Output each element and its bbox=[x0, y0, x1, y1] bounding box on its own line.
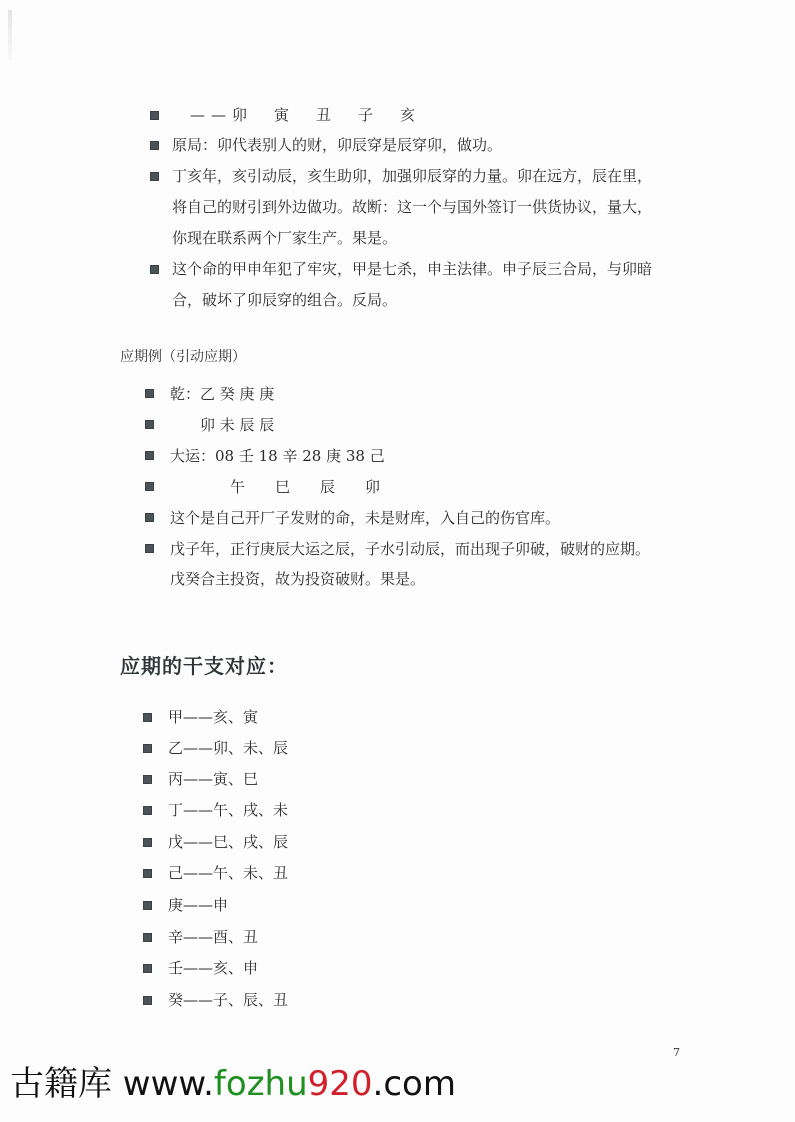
bullet-square-icon bbox=[150, 111, 159, 120]
dash: —— bbox=[183, 959, 213, 977]
page-number: 7 bbox=[673, 1046, 680, 1059]
list-item: 大运：08 壬 18 辛 28 庚 38 己 bbox=[170, 442, 385, 470]
branches: 午、未、丑 bbox=[213, 864, 288, 882]
stem: 己 bbox=[168, 864, 183, 882]
bullet-square-icon bbox=[145, 389, 154, 398]
dash: —— bbox=[183, 928, 213, 946]
bullet-square-icon bbox=[143, 713, 152, 722]
list-item-text: 将自己的财引到外边做功。故断：这一个与国外签订一供货协议，量大， bbox=[172, 193, 652, 221]
stem: 乙 bbox=[168, 739, 183, 757]
branches: 巳、戌、辰 bbox=[213, 833, 288, 851]
bullet-square-icon bbox=[143, 964, 152, 973]
watermark-suffix: .com bbox=[373, 1064, 456, 1104]
dash: —— bbox=[183, 991, 213, 1009]
stem: 丙 bbox=[168, 770, 183, 788]
list-item-text: 原局：卯代表别人的财，卯辰穿是辰穿卯，做功。 bbox=[172, 136, 502, 154]
list-item-text: 合，破坏了卯辰穿的组合。反局。 bbox=[172, 286, 652, 314]
list-item: 戊子年，正行庚辰大运之辰，子水引动辰，而出现子卯破，破财的应期。 戊癸合主投资，… bbox=[170, 535, 650, 593]
branches: 寅、巳 bbox=[213, 770, 258, 788]
branch-row-text: ——卯 寅 丑 子 亥 bbox=[190, 106, 421, 124]
dash: —— bbox=[183, 739, 213, 757]
bullet-square-icon bbox=[145, 451, 154, 460]
list-item: 卯 未 辰 辰 bbox=[170, 411, 274, 439]
watermark-green: fozhu bbox=[214, 1064, 308, 1104]
stem: 壬 bbox=[168, 959, 183, 977]
bullet-square-icon bbox=[143, 775, 152, 784]
list-item: 庚——申 bbox=[168, 891, 228, 919]
bullet-square-icon bbox=[143, 996, 152, 1005]
stem: 辛 bbox=[168, 928, 183, 946]
list-item-text: 这个是自己开厂子发财的命，未是财库，入自己的伤官库。 bbox=[170, 509, 560, 527]
branches: 亥、申 bbox=[213, 959, 258, 977]
stem: 癸 bbox=[168, 991, 183, 1009]
dash: —— bbox=[183, 833, 213, 851]
bullet-square-icon bbox=[143, 901, 152, 910]
bullet-square-icon bbox=[145, 420, 154, 429]
list-item: 甲——亥、寅 bbox=[168, 703, 258, 731]
list-item: 癸——子、辰、丑 bbox=[168, 986, 288, 1014]
watermark-prefix: 古籍库 www. bbox=[10, 1064, 214, 1104]
bullet-square-icon bbox=[150, 141, 159, 150]
bullet-square-icon bbox=[143, 838, 152, 847]
bullet-square-icon bbox=[150, 265, 159, 274]
stem: 戊 bbox=[168, 833, 183, 851]
list-item: 丙——寅、巳 bbox=[168, 765, 258, 793]
branches: 酉、丑 bbox=[213, 928, 258, 946]
bullet-square-icon bbox=[143, 806, 152, 815]
list-item-text: 戊癸合主投资，故为投资破财。果是。 bbox=[170, 565, 650, 593]
list-item: 丁——午、戌、未 bbox=[168, 796, 288, 824]
list-item: 辛——酉、丑 bbox=[168, 923, 258, 951]
watermark: 古籍库 www.fozhu920.com bbox=[10, 1062, 456, 1106]
list-item: 乙——卯、未、辰 bbox=[168, 734, 288, 762]
list-item: 这个命的甲申年犯了牢灾，甲是七杀，申主法律。申子辰三合局，与卯暗 合，破坏了卯辰… bbox=[172, 255, 652, 314]
list-item-text: 你现在联系两个厂家生产。果是。 bbox=[172, 224, 652, 252]
list-item-text: 戊子年，正行庚辰大运之辰，子水引动辰，而出现子卯破，破财的应期。 bbox=[170, 535, 650, 563]
branches: 申 bbox=[213, 896, 228, 914]
bullet-square-icon bbox=[143, 744, 152, 753]
branches: 午、戌、未 bbox=[213, 801, 288, 819]
bullet-square-icon bbox=[143, 869, 152, 878]
chart-branches: 卯 未 辰 辰 bbox=[170, 416, 274, 434]
dash: —— bbox=[183, 864, 213, 882]
stem: 丁 bbox=[168, 801, 183, 819]
branches: 子、辰、丑 bbox=[213, 991, 288, 1009]
list-item: ——卯 寅 丑 子 亥 bbox=[190, 101, 421, 129]
bullet-square-icon bbox=[145, 513, 154, 522]
bullet-square-icon bbox=[143, 933, 152, 942]
stem: 甲 bbox=[168, 708, 183, 726]
list-item: 乾：乙 癸 庚 庚 bbox=[170, 380, 274, 408]
dash: —— bbox=[183, 770, 213, 788]
list-item: 戊——巳、戌、辰 bbox=[168, 828, 288, 856]
stem: 庚 bbox=[168, 896, 183, 914]
list-item: 原局：卯代表别人的财，卯辰穿是辰穿卯，做功。 bbox=[172, 131, 502, 159]
luck-pillars: 大运：08 壬 18 辛 28 庚 38 己 bbox=[170, 447, 385, 465]
document-page: ——卯 寅 丑 子 亥 原局：卯代表别人的财，卯辰穿是辰穿卯，做功。 丁亥年，亥… bbox=[0, 0, 795, 1122]
bullet-square-icon bbox=[145, 544, 154, 553]
list-item: 壬——亥、申 bbox=[168, 954, 258, 982]
bullet-square-icon bbox=[150, 172, 159, 181]
correspondence-heading: 应期的干支对应： bbox=[120, 650, 288, 679]
branches: 亥、寅 bbox=[213, 708, 258, 726]
list-item-text: 丁亥年，亥引动辰，亥生助卯，加强卯辰穿的力量。卯在远方，辰在里， bbox=[172, 162, 652, 190]
list-item: 这个是自己开厂子发财的命，未是财库，入自己的伤官库。 bbox=[170, 504, 560, 532]
branches: 卯、未、辰 bbox=[213, 739, 288, 757]
example-heading: 应期例（引动应期） bbox=[120, 346, 246, 366]
dash: —— bbox=[183, 708, 213, 726]
list-item-text: 这个命的甲申年犯了牢灾，甲是七杀，申主法律。申子辰三合局，与卯暗 bbox=[172, 255, 652, 283]
list-item: 午 巳 辰 卯 bbox=[170, 473, 380, 501]
list-item: 丁亥年，亥引动辰，亥生助卯，加强卯辰穿的力量。卯在远方，辰在里， 将自己的财引到… bbox=[172, 162, 652, 252]
bullet-square-icon bbox=[145, 482, 154, 491]
watermark-red: 920 bbox=[308, 1064, 373, 1104]
scan-edge-mark bbox=[8, 10, 12, 60]
list-item: 己——午、未、丑 bbox=[168, 859, 288, 887]
chart-stems: 乾：乙 癸 庚 庚 bbox=[170, 385, 274, 403]
dash: —— bbox=[183, 801, 213, 819]
dash: —— bbox=[183, 896, 213, 914]
luck-branches: 午 巳 辰 卯 bbox=[170, 478, 380, 496]
